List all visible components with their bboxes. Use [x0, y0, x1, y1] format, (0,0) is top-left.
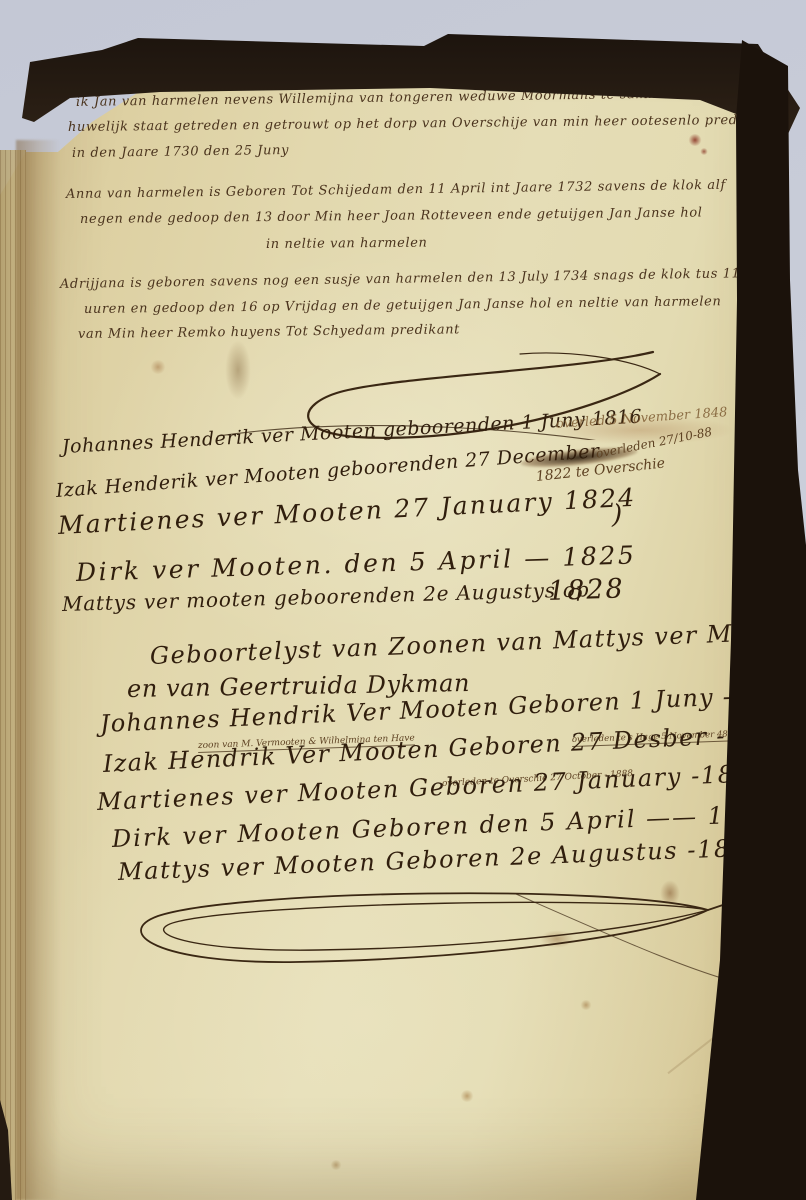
- pen-mark: ): [612, 502, 622, 528]
- binding-gutter-shadow: [16, 140, 60, 1200]
- register-entry-year: 1828: [548, 575, 626, 605]
- handwritten-line: in den Jaare 1730 den 25 Juny: [72, 144, 289, 160]
- pen-flourish: [96, 878, 796, 990]
- handwritten-line: in neltie van harmelen: [266, 237, 428, 251]
